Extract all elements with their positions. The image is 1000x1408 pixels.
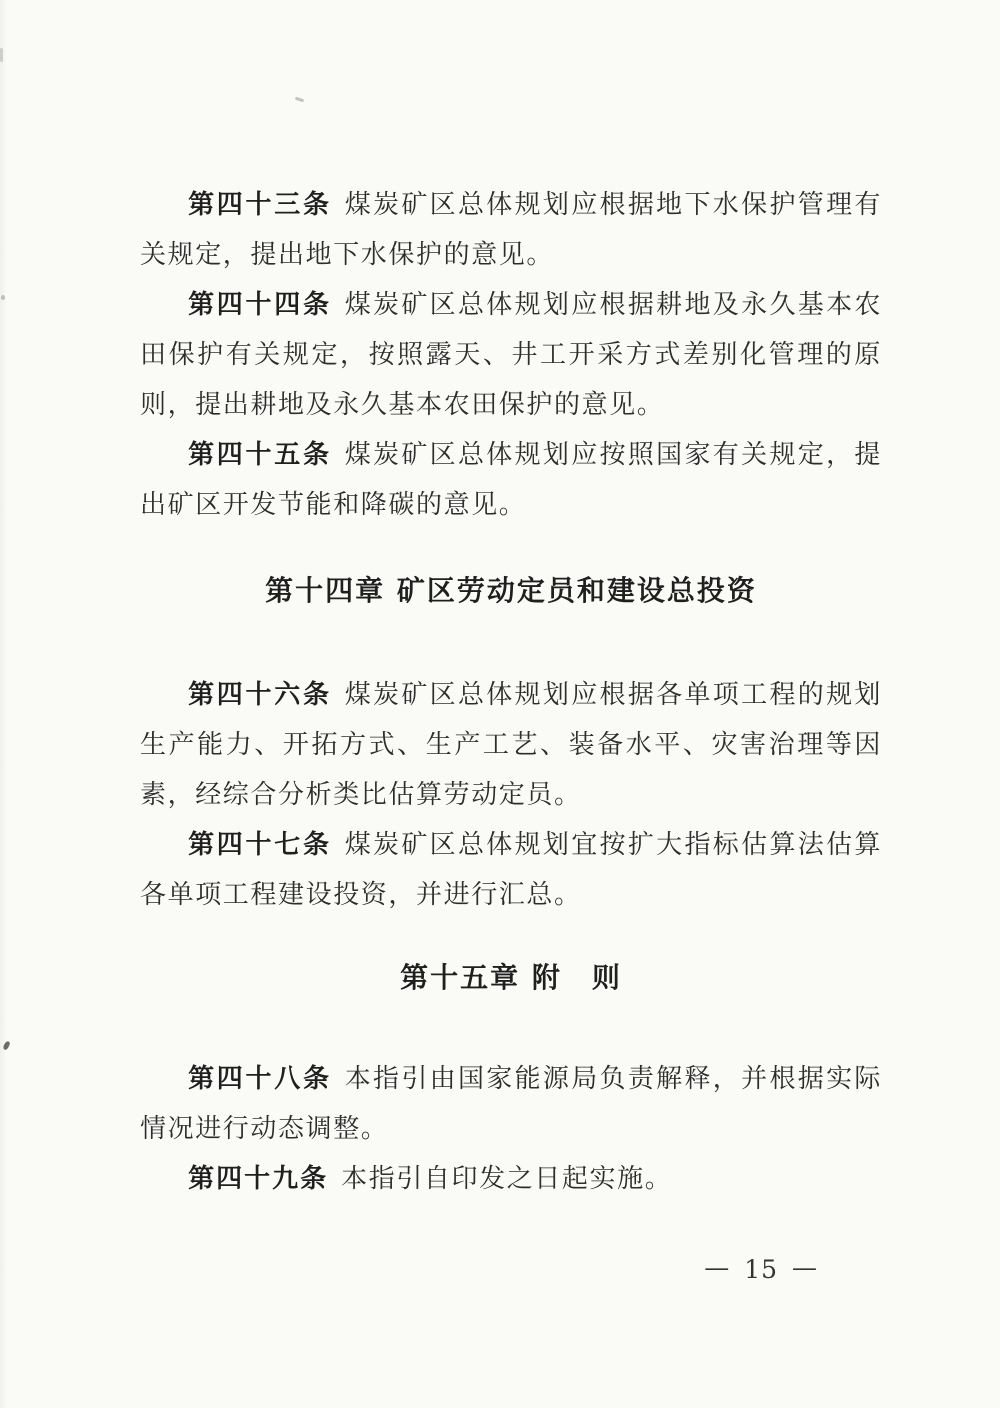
article-49-number: 第四十九条 xyxy=(188,1164,328,1194)
article-45-paragraph: 第四十五条煤炭矿区总体规划应按照国家有关规定，提出矿区开发节能和降碳的意见。 xyxy=(140,430,882,530)
scan-speck xyxy=(2,1040,10,1050)
page-number-value: 15 xyxy=(744,1255,778,1284)
article-43-number: 第四十三条 xyxy=(188,190,332,220)
scan-speck xyxy=(0,48,3,62)
page-number-left-dash: — xyxy=(704,1253,730,1282)
article-46-number: 第四十六条 xyxy=(188,680,332,710)
article-49-paragraph: 第四十九条本指引自印发之日起实施。 xyxy=(140,1154,882,1204)
article-43-paragraph: 第四十三条煤炭矿区总体规划应根据地下水保护管理有关规定，提出地下水保护的意见。 xyxy=(140,180,882,280)
article-48-number: 第四十八条 xyxy=(188,1064,332,1094)
document-body: 第四十三条煤炭矿区总体规划应根据地下水保护管理有关规定，提出地下水保护的意见。 … xyxy=(140,0,882,1204)
article-47-paragraph: 第四十七条煤炭矿区总体规划宜按扩大指标估算法估算各单项工程建设投资，并进行汇总。 xyxy=(140,820,882,920)
page-number: —15— xyxy=(690,1255,832,1284)
article-48-paragraph: 第四十八条本指引由国家能源局负责解释，并根据实际情况进行动态调整。 xyxy=(140,1054,882,1154)
article-49-text: 本指引自印发之日起实施。 xyxy=(341,1164,672,1194)
chapter-15-heading: 第十五章 附 则 xyxy=(140,953,882,1003)
scan-speck xyxy=(1,295,5,300)
page-number-right-dash: — xyxy=(792,1253,818,1282)
article-44-paragraph: 第四十四条煤炭矿区总体规划应根据耕地及永久基本农田保护有关规定，按照露天、井工开… xyxy=(140,280,882,430)
article-44-number: 第四十四条 xyxy=(188,290,332,320)
article-46-paragraph: 第四十六条煤炭矿区总体规划应根据各单项工程的规划生产能力、开拓方式、生产工艺、装… xyxy=(140,670,882,820)
article-45-number: 第四十五条 xyxy=(188,440,332,470)
document-page: 第四十三条煤炭矿区总体规划应根据地下水保护管理有关规定，提出地下水保护的意见。 … xyxy=(0,0,1000,1408)
article-47-number: 第四十七条 xyxy=(188,830,332,860)
chapter-14-heading: 第十四章 矿区劳动定员和建设总投资 xyxy=(140,566,882,616)
scan-edge-shading xyxy=(0,0,7,1408)
